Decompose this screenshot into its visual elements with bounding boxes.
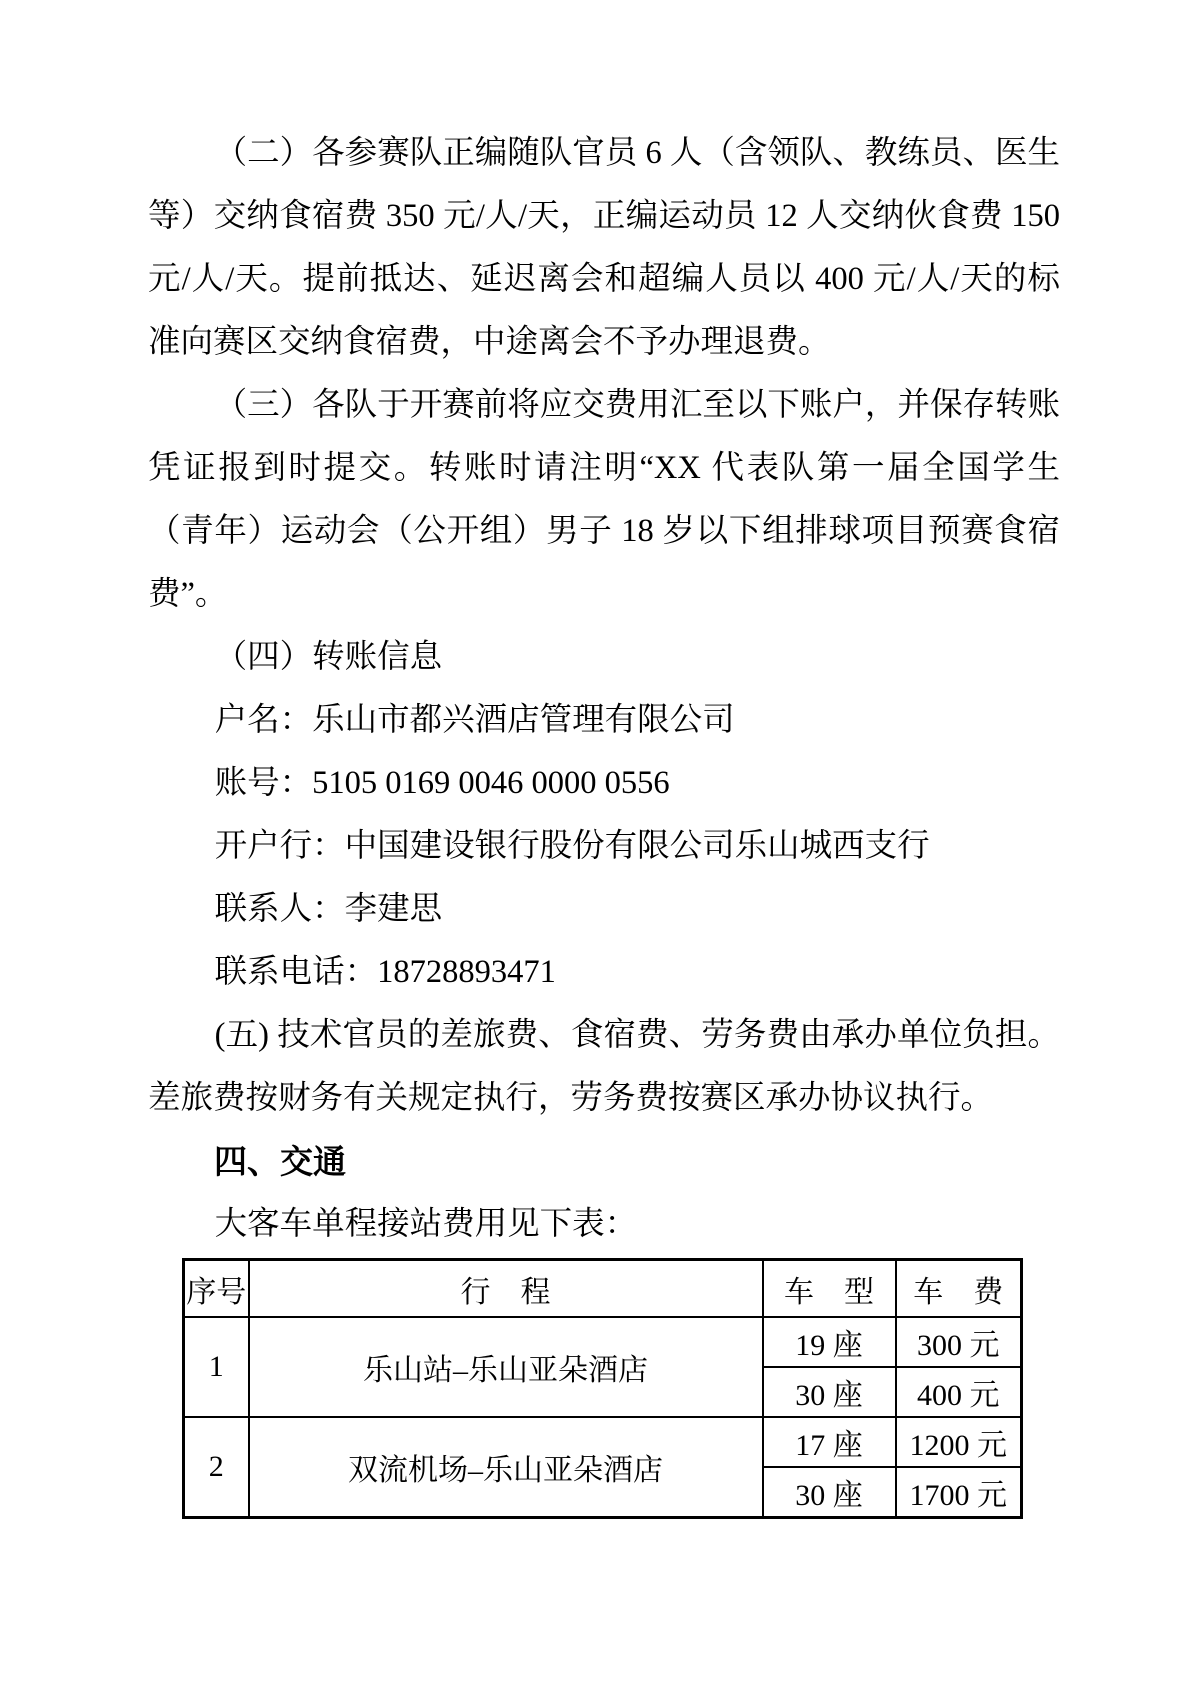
transfer-bank: 开户行：中国建设银行股份有限公司乐山城西支行 (148, 815, 1060, 878)
row1-no: 1 (184, 1317, 249, 1417)
bus-fare-table: 序号 行 程 车 型 车 费 1 乐山站–乐山亚朵酒店 19 座 300 元 3… (182, 1258, 1023, 1519)
table-header-fee: 车 费 (896, 1260, 1022, 1318)
transfer-account-number: 账号：5105 0169 0046 0000 0556 (148, 752, 1060, 815)
paragraph-transfer-info-title: （四）转账信息 (148, 626, 1060, 689)
table-header-row: 序号 行 程 车 型 车 费 (184, 1260, 1022, 1318)
table-row: 2 双流机场–乐山亚朵酒店 17 座 1200 元 (184, 1417, 1022, 1467)
row2-no: 2 (184, 1417, 249, 1518)
row1-option2-fee: 400 元 (896, 1367, 1022, 1417)
section-heading-transport: 四、交通 (148, 1130, 1060, 1193)
row2-option1-fee: 1200 元 (896, 1417, 1022, 1467)
transfer-contact-person: 联系人：李建思 (148, 878, 1060, 941)
row1-route: 乐山站–乐山亚朵酒店 (249, 1317, 763, 1417)
paragraph-team-fees: （二）各参赛队正编随队官员 6 人（含领队、教练员、医生等）交纳食宿费 350 … (148, 122, 1060, 374)
row2-option2-fee: 1700 元 (896, 1467, 1022, 1518)
document-page: （二）各参赛队正编随队官员 6 人（含领队、教练员、医生等）交纳食宿费 350 … (0, 0, 1200, 1692)
table-header-route: 行 程 (249, 1260, 763, 1318)
paragraph-technical-officials: (五) 技术官员的差旅费、食宿费、劳务费由承办单位负担。差旅费按财务有关规定执行… (148, 1004, 1060, 1130)
transfer-contact-phone: 联系电话：18728893471 (148, 941, 1060, 1004)
table-header-no: 序号 (184, 1260, 249, 1318)
row1-option1-fee: 300 元 (896, 1317, 1022, 1367)
row1-option2-vehicle: 30 座 (763, 1367, 896, 1417)
row1-option1-vehicle: 19 座 (763, 1317, 896, 1367)
row2-option2-vehicle: 30 座 (763, 1467, 896, 1518)
table-intro: 大客车单程接站费用见下表： (148, 1193, 1060, 1256)
transfer-account-name: 户名：乐山市都兴酒店管理有限公司 (148, 689, 1060, 752)
table-row: 1 乐山站–乐山亚朵酒店 19 座 300 元 (184, 1317, 1022, 1367)
row2-option1-vehicle: 17 座 (763, 1417, 896, 1467)
table-header-vehicle: 车 型 (763, 1260, 896, 1318)
paragraph-payment-transfer: （三）各队于开赛前将应交费用汇至以下账户，并保存转账凭证报到时提交。转账时请注明… (148, 374, 1060, 626)
row2-route: 双流机场–乐山亚朵酒店 (249, 1417, 763, 1518)
